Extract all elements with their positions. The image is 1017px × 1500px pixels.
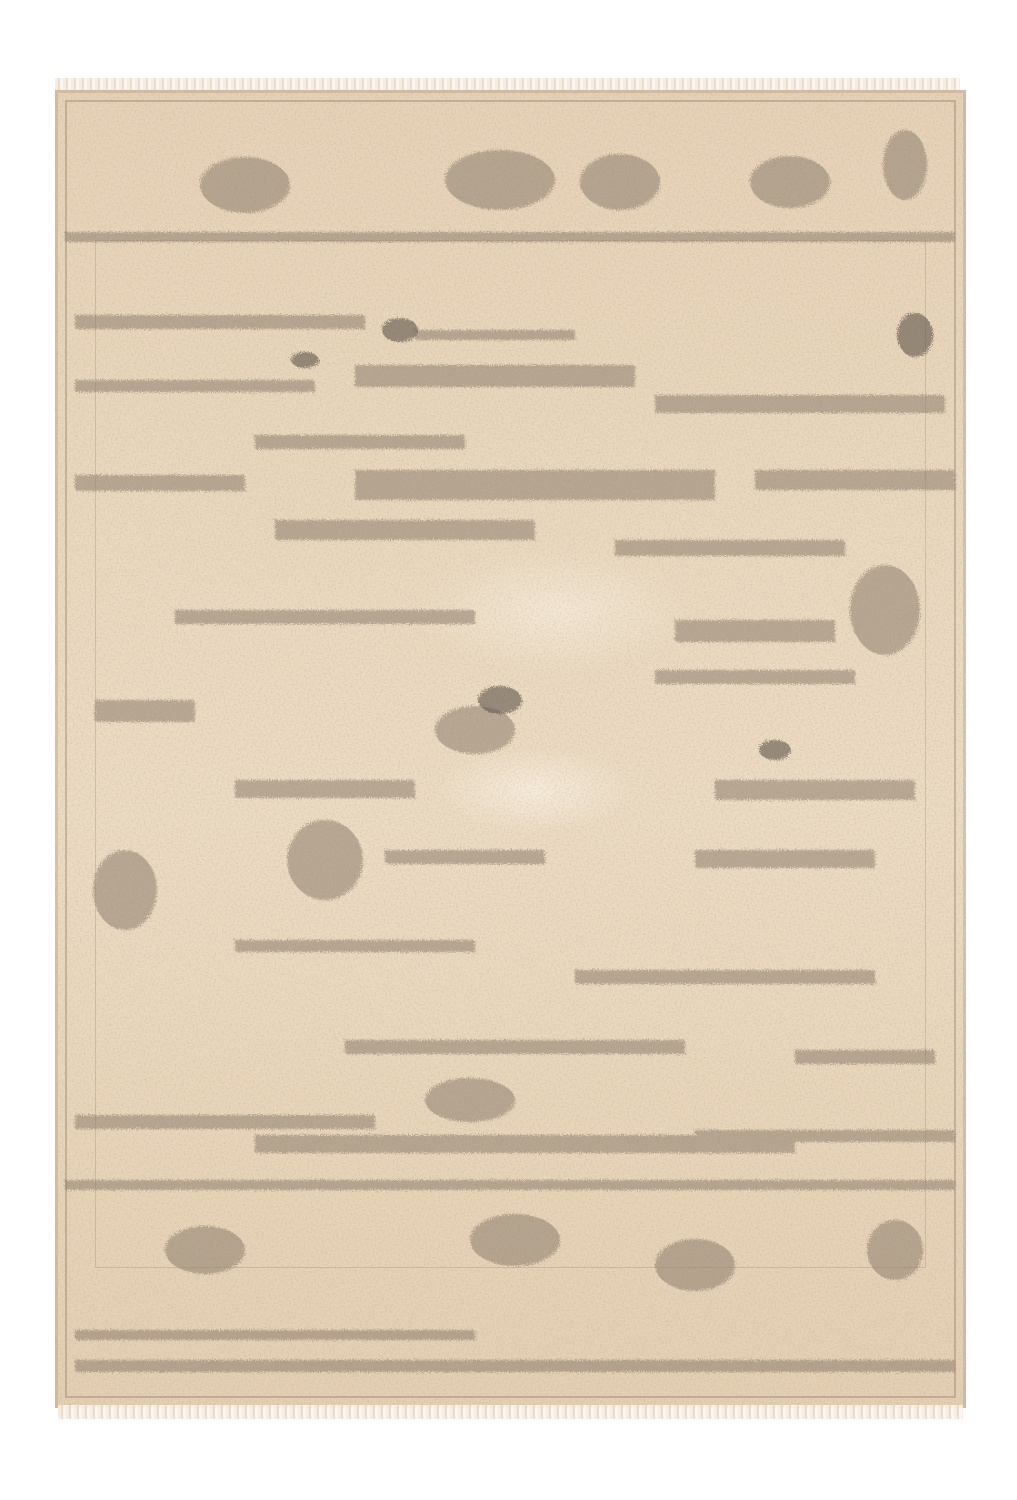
product-photo <box>0 0 1017 1500</box>
rug-distressed-pattern <box>55 90 966 1408</box>
rug <box>55 90 966 1408</box>
rug-fringe-bottom <box>58 1405 963 1419</box>
